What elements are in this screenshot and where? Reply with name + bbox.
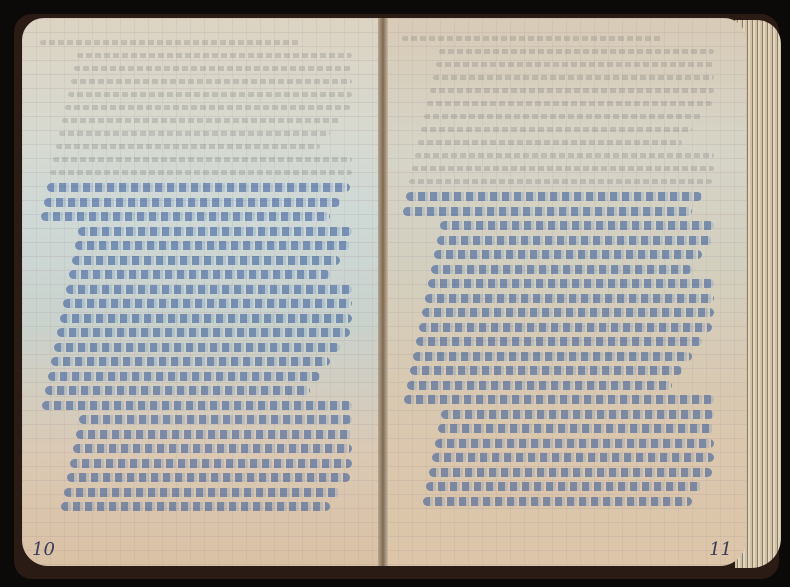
pencil-handwriting-line [409, 179, 712, 184]
ink-handwriting-line [79, 415, 352, 424]
ink-handwriting-line [407, 381, 672, 390]
ink-handwriting-line [423, 497, 692, 506]
ink-handwriting-line [406, 192, 702, 201]
ink-handwriting-line [67, 473, 350, 482]
pencil-handwriting-line [427, 101, 712, 106]
left-page: 10 [22, 18, 382, 566]
pencil-handwriting-line [50, 170, 352, 175]
ink-handwriting-line [428, 279, 714, 288]
page-number-right: 11 [709, 539, 732, 560]
pencil-handwriting-line [418, 140, 682, 145]
ink-handwriting-line [426, 482, 702, 491]
ink-handwriting-line [78, 227, 352, 236]
pencil-handwriting-line [402, 36, 662, 41]
pencil-handwriting-line [436, 62, 714, 67]
ink-handwriting-line [60, 314, 352, 323]
ink-handwriting-line [63, 299, 352, 308]
ink-handwriting-line [431, 265, 692, 274]
ink-handwriting-line [61, 502, 330, 511]
pencil-handwriting-line [53, 157, 352, 162]
pencil-handwriting-line [412, 166, 714, 171]
ink-handwriting-line [419, 323, 712, 332]
right-page: 11 [384, 18, 746, 566]
ink-handwriting-line [41, 212, 330, 221]
pencil-handwriting-line [62, 118, 340, 123]
ink-handwriting-line [434, 250, 702, 259]
pencil-handwriting-line [415, 153, 714, 158]
ink-handwriting-line [76, 430, 352, 439]
ink-handwriting-line [403, 207, 692, 216]
pencil-handwriting-line [71, 79, 352, 84]
notebook-photo: 10 11 [0, 0, 790, 587]
ink-handwriting-line [72, 256, 340, 265]
binding-fold [378, 18, 388, 566]
ink-handwriting-line [66, 285, 352, 294]
ink-handwriting-line [54, 343, 340, 352]
pencil-handwriting-line [56, 144, 320, 149]
ink-handwriting-line [437, 236, 712, 245]
pencil-handwriting-line [65, 105, 350, 110]
pencil-handwriting-line [421, 127, 692, 132]
pencil-handwriting-line [424, 114, 702, 119]
pencil-handwriting-line [77, 53, 352, 58]
ink-handwriting-line [57, 328, 350, 337]
ink-handwriting-line [73, 444, 352, 453]
ink-handwriting-line [416, 337, 702, 346]
ink-handwriting-line [422, 308, 714, 317]
ink-handwriting-line [432, 453, 714, 462]
ink-handwriting-line [438, 424, 714, 433]
ink-handwriting-line [48, 372, 320, 381]
ink-handwriting-line [70, 459, 352, 468]
ink-handwriting-line [435, 439, 714, 448]
pencil-handwriting-line [40, 40, 300, 45]
pencil-handwriting-line [59, 131, 330, 136]
ink-handwriting-line [75, 241, 350, 250]
pencil-handwriting-line [68, 92, 352, 97]
ink-handwriting-line [51, 357, 330, 366]
ink-handwriting-line [429, 468, 712, 477]
ink-handwriting-line [42, 401, 352, 410]
ink-handwriting-line [64, 488, 340, 497]
pencil-handwriting-line [433, 75, 714, 80]
ink-handwriting-line [69, 270, 330, 279]
pencil-handwriting-line [430, 88, 714, 93]
ink-handwriting-line [404, 395, 714, 404]
ink-handwriting-line [425, 294, 714, 303]
page-number-left: 10 [32, 539, 55, 560]
ink-handwriting-line [47, 183, 350, 192]
ink-handwriting-line [45, 386, 310, 395]
pencil-handwriting-line [74, 66, 352, 71]
ink-handwriting-line [440, 221, 714, 230]
pencil-handwriting-line [439, 49, 714, 54]
ink-handwriting-line [441, 410, 714, 419]
ink-handwriting-line [410, 366, 682, 375]
ink-handwriting-line [413, 352, 692, 361]
ink-handwriting-line [44, 198, 340, 207]
